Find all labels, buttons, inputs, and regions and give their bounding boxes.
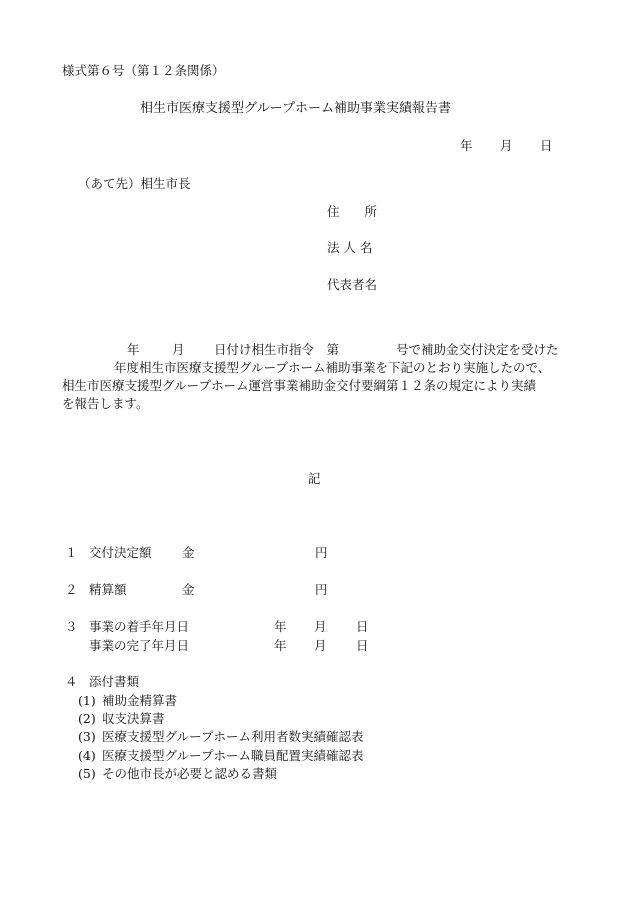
item-2-kin: 金 [182,582,195,598]
item-2-yen: 円 [315,582,328,598]
item-2-label: 精算額 [89,582,127,598]
doc-3-number: (3) [78,729,96,745]
doc-1-text: 補助金精算書 [102,693,177,709]
corp-name-label: 法 人 名 [327,240,372,256]
representative-label: 代表者名 [327,277,377,293]
doc-2-text: 収支決算書 [102,711,165,727]
doc-1-number: (1) [78,693,96,709]
date-year: 年 [460,138,473,154]
doc-4-text: 医療支援型グループホーム職員配置実績確認表 [102,748,364,764]
doc-5-text: その他市長が必要と認める書類 [102,766,277,782]
item-3-end-day: 日 [356,638,369,654]
item-3-end-year: 年 [274,638,287,654]
body-year: 年 [127,342,140,358]
item-3-start-day: 日 [356,619,369,635]
item-3-end-month: 月 [314,638,327,654]
item-1-label: 交付決定額 [89,545,152,561]
doc-4-number: (4) [78,748,96,764]
ki-heading: 記 [308,471,321,487]
item-2-number: ２ [65,582,78,598]
form-label: 様式第６号（第１２条関係） [62,63,225,79]
item-4-number: ４ [65,674,78,690]
addressee: （あて先）相生市長 [78,176,191,192]
item-1-kin: 金 [182,545,195,561]
date-day: 日 [540,138,553,154]
doc-5-number: (5) [78,766,96,782]
body-order: 日付け相生市指令 第 [214,342,339,358]
document-title: 相生市医療支援型グループホーム補助事業実績報告書 [140,101,451,117]
item-4-label: 添付書類 [89,674,139,690]
body-line4: を報告します。 [62,396,149,412]
date-month: 月 [500,138,513,154]
item-3-number: ３ [65,619,78,635]
body-month: 月 [172,342,185,358]
item-3-end-label: 事業の完了年月日 [89,638,189,654]
body-line1-end: 号で補助金交付決定を受けた [396,342,559,358]
item-3-start-year: 年 [274,619,287,635]
doc-2-number: (2) [78,711,96,727]
item-3-start-label: 事業の着手年月日 [89,619,189,635]
item-1-yen: 円 [315,545,328,561]
body-line3: 相生市医療支援型グループホーム運営事業補助金交付要綱第１２条の規定により実績 [62,378,536,394]
body-line2: 年度相生市医療支援型グループホーム補助事業を下記のとおり実施したので、 [114,360,550,376]
doc-3-text: 医療支援型グループホーム利用者数実績確認表 [102,729,364,745]
item-1-number: １ [65,545,78,561]
address-label: 住 所 [327,204,377,220]
item-3-start-month: 月 [314,619,327,635]
